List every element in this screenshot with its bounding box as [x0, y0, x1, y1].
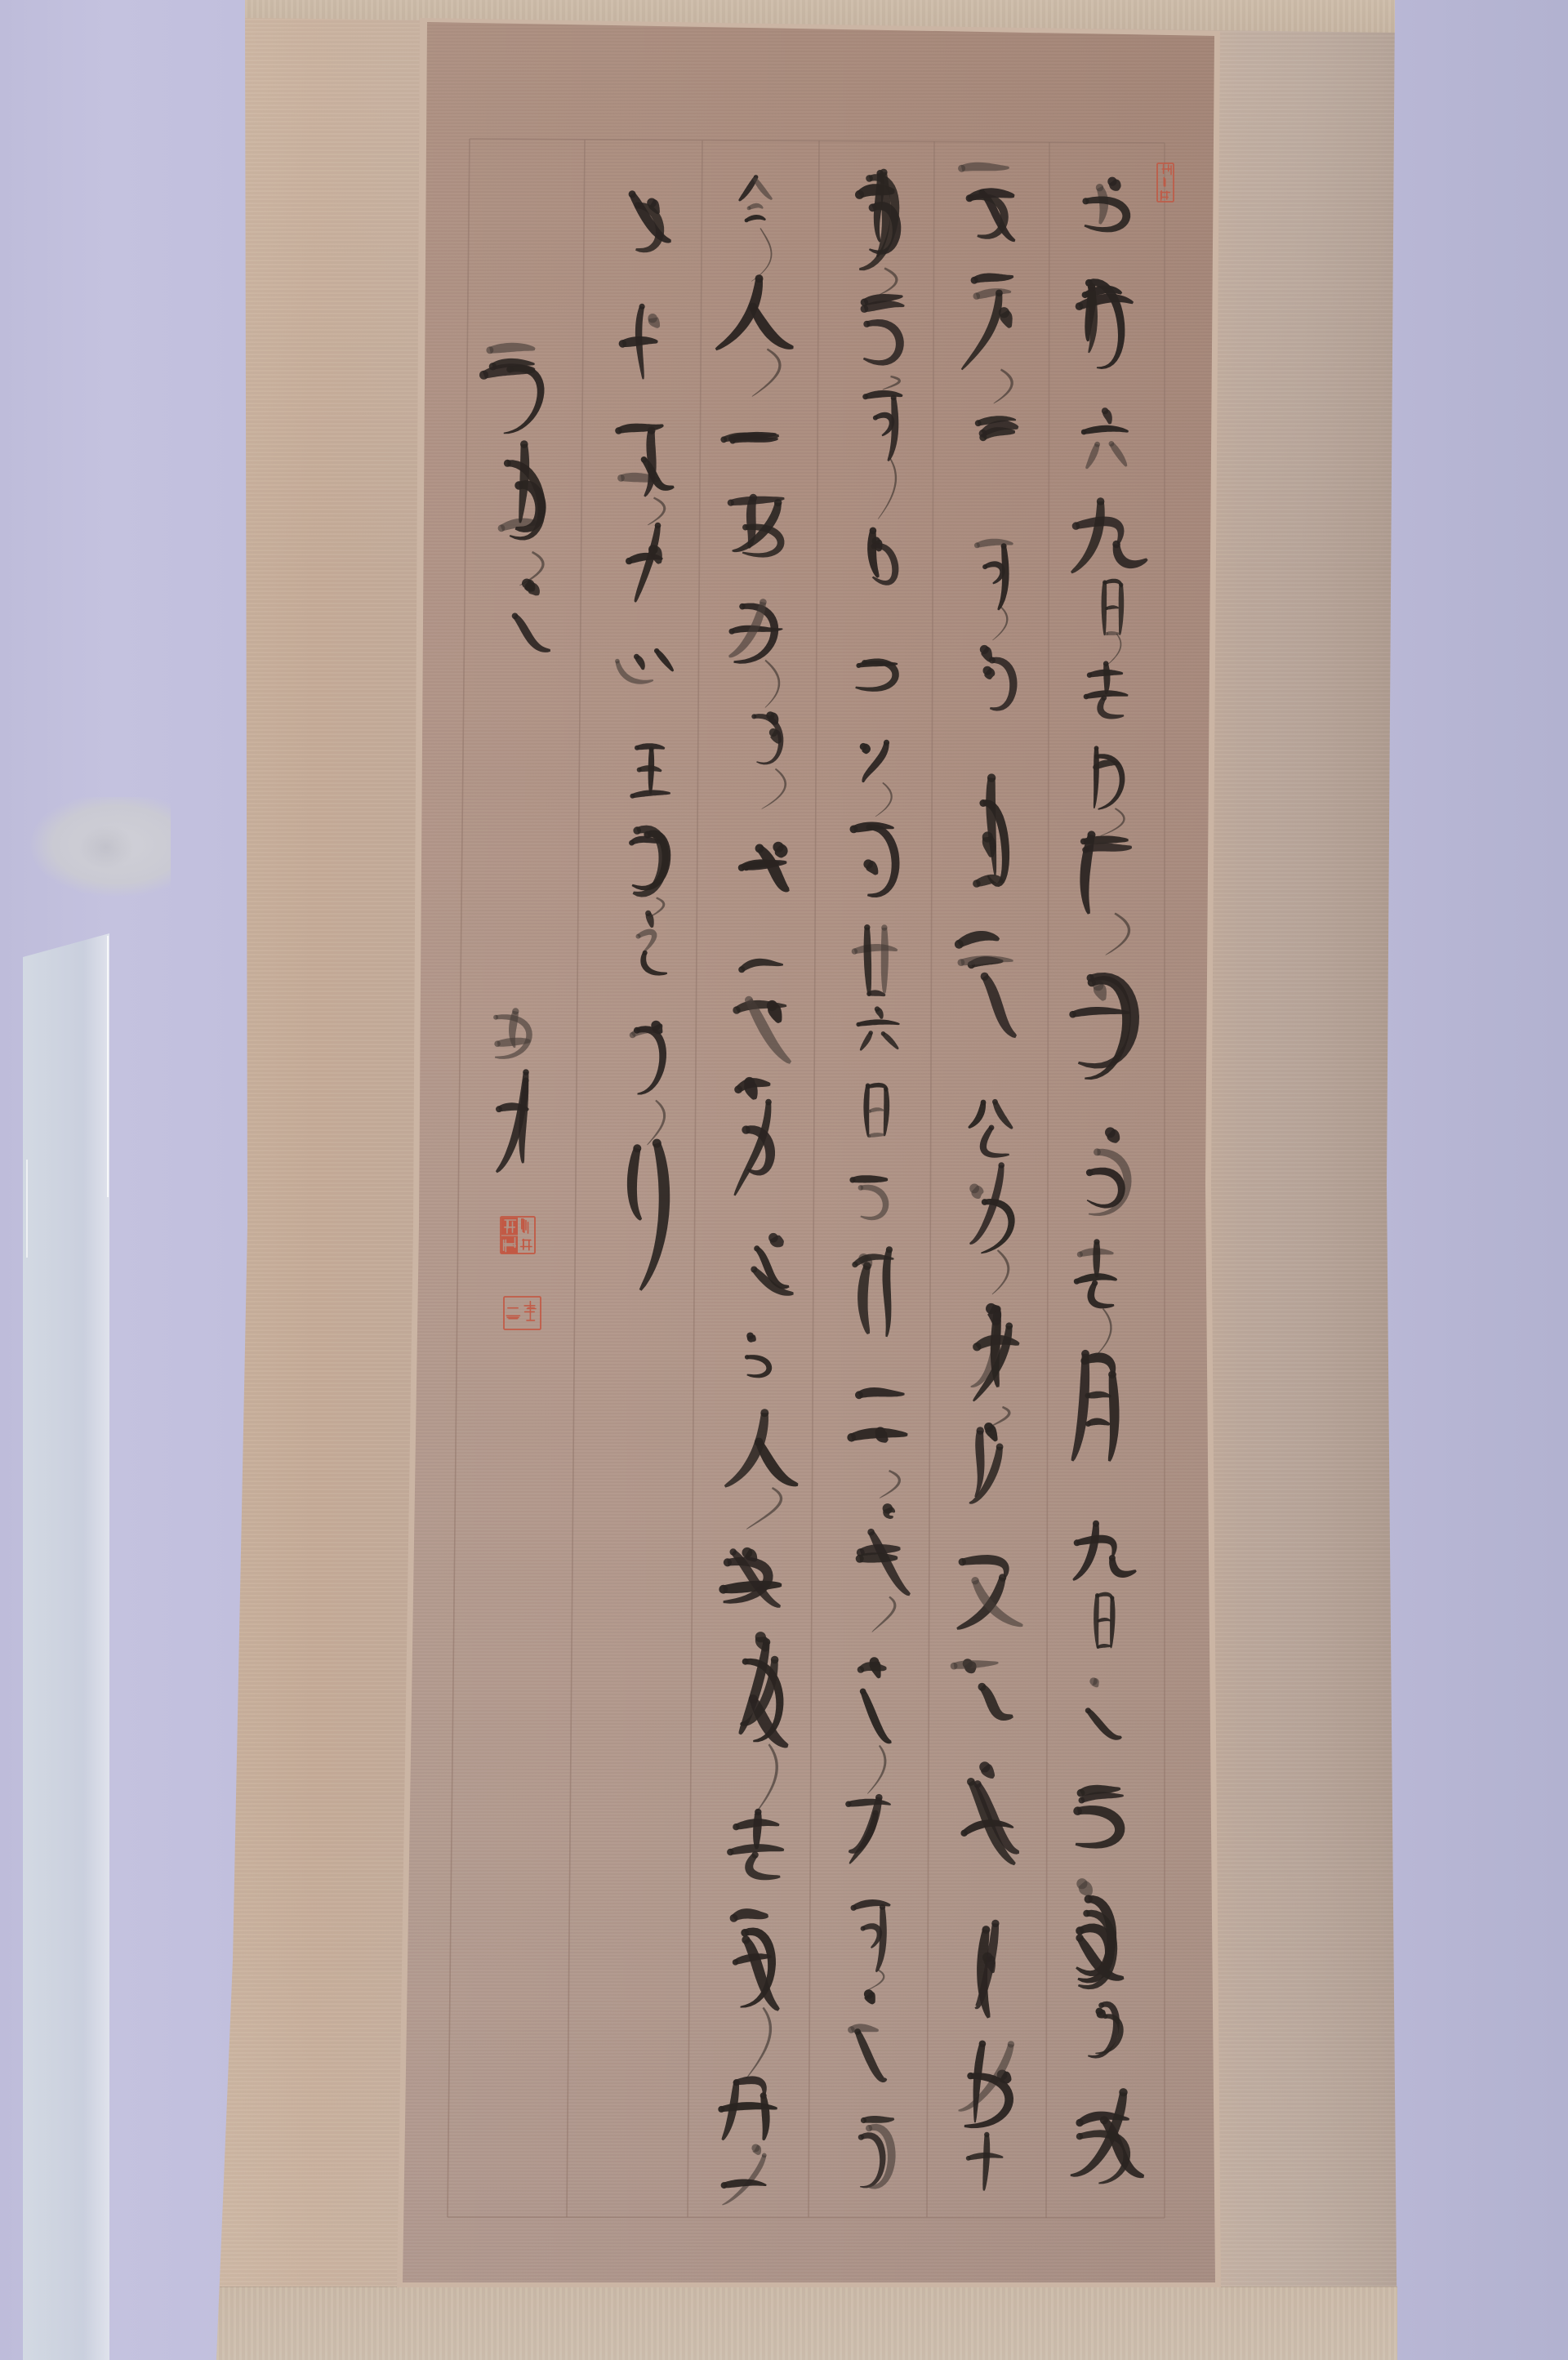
- calligraphy-character: 丹: [718, 2076, 777, 2140]
- calligraphy-character: 深: [845, 1794, 891, 1864]
- scroll-photograph: 得書六九日去見桓萬得去月九日書久當至洛得書六九日去見桓萬得去月九日書久當至洛但運…: [0, 0, 1568, 2360]
- column-3: 得深可憂得仁祖廿六日問疾更篤甚深可憂當得深可憂得仁祖廿六日問疾更篤甚深可憂當: [845, 169, 911, 2189]
- ligature-stroke: [992, 1249, 1010, 1294]
- calligraphy-character: 深: [615, 424, 675, 526]
- calligraphy-character: 短: [719, 1547, 782, 1608]
- artist-courtesy-seal: 得天: [504, 1297, 541, 1329]
- calligraphy-character: 可: [862, 390, 902, 519]
- calligraphy-character: 憂: [626, 523, 663, 603]
- ligature-stroke: [762, 768, 787, 809]
- calligraphy-character: 六: [856, 1006, 899, 1050]
- calligraphy-character: 憂: [848, 1989, 887, 2082]
- calligraphy-character: 書: [1076, 278, 1134, 369]
- calligraphy-character: 物: [720, 432, 779, 444]
- calligraphy-character: 去: [1074, 1239, 1117, 1357]
- ligature-stroke: [746, 1487, 782, 1530]
- calligraphy-character: 如: [959, 2041, 1015, 2129]
- calligraphy-character: 去: [1084, 661, 1129, 719]
- calligraphy-character: 遲: [975, 416, 1019, 441]
- calligraphy-character: 張: [493, 1008, 532, 1059]
- ligature-stroke: [992, 606, 1008, 640]
- calligraphy-character: 得: [1086, 1127, 1132, 1216]
- calligraphy-character: 廢: [960, 1761, 1019, 1865]
- ligature-stroke: [878, 458, 897, 519]
- column-4: 今人物眇然而艱疾若此令人短氣去康丹楊今人物眇然而艱疾若此令人短氣去康丹楊: [715, 175, 799, 2205]
- ligature-stroke: [1101, 808, 1125, 836]
- calligraphy-character: 見: [1093, 746, 1125, 835]
- calligraphy-character: 日: [1094, 1592, 1115, 1649]
- calligraphy-character: 書: [1085, 1677, 1122, 1740]
- calligraphy-character: 委: [971, 1303, 1020, 1428]
- calligraphy-character: 得: [1082, 177, 1130, 233]
- calligraphy-character: 九: [1071, 497, 1148, 573]
- calligraphy-character: 又: [956, 1555, 1022, 1630]
- calligraphy-character: 廿: [852, 924, 898, 996]
- calligraphy-character: 而: [751, 711, 786, 808]
- calligraphy-character: 善: [629, 190, 671, 252]
- calligraphy-character: 疾: [733, 959, 791, 1064]
- grid-column-line: [448, 139, 470, 2217]
- calligraphy-character: 公: [968, 1099, 1013, 1158]
- ligature-stroke: [754, 1743, 778, 1815]
- grid-column-line: [688, 140, 702, 2217]
- calligraphy-character: 臨: [479, 343, 545, 434]
- calligraphy-character: 首: [974, 1920, 999, 2019]
- calligraphy-character: 艱: [738, 842, 790, 893]
- calligraphy-character: 更: [847, 1387, 907, 1498]
- calligraphy-character: 問: [849, 1175, 889, 1220]
- grid-top-line: [470, 139, 1165, 143]
- calligraphy-character: 仁: [860, 740, 893, 817]
- calligraphy-character: 蔡: [955, 931, 1017, 1038]
- calligraphy-character: 但: [958, 163, 1015, 242]
- column-5: 善為深憂心王羲之再拜善為深憂心王羲之再拜: [615, 190, 675, 1291]
- ligature-stroke: [746, 2007, 772, 2079]
- ligature-stroke: [879, 267, 898, 295]
- calligraphy-character: 康: [730, 1908, 780, 2079]
- ligature-stroke: [752, 349, 782, 397]
- ligature-stroke: [867, 1969, 884, 1990]
- calligraphy-character: 可: [974, 539, 1013, 641]
- column-grid-lines: [448, 139, 1165, 2218]
- calligraphy-character: 運: [961, 274, 1014, 404]
- calligraphy-character: 月: [1071, 1350, 1120, 1462]
- signature: 張照張照: [493, 1008, 532, 1173]
- calligraphy-character: 去: [727, 1809, 784, 1880]
- column-1: 得書六九日去見桓萬得去月九日書久當至洛得書六九日去見桓萬得去月九日書久當至洛: [1069, 177, 1147, 2184]
- calligraphy-character: 祖: [850, 822, 900, 898]
- calligraphy-character: 眇: [728, 494, 785, 558]
- calligraphy-character: 為: [619, 304, 660, 380]
- calligraphy-character: 日: [1102, 579, 1125, 668]
- artist-name-seal: 張照之印: [501, 1217, 535, 1253]
- calligraphy-character: 得: [855, 658, 899, 692]
- ligature-stroke: [872, 1596, 897, 1632]
- grid-column-line: [808, 140, 819, 2217]
- ligature-stroke: [880, 1470, 901, 1498]
- calligraphy-character: 當: [1076, 1878, 1124, 1989]
- grid-bottom-line: [448, 2217, 1165, 2218]
- calligraphy-character: 得: [855, 169, 901, 296]
- calligraphy-character: 人: [724, 1409, 799, 1530]
- ligature-stroke: [1094, 1308, 1112, 1357]
- ligature-stroke: [867, 1745, 886, 1794]
- calligraphy-character: 澤: [498, 440, 546, 586]
- ligature-stroke: [1106, 913, 1131, 955]
- grid-column-line: [567, 140, 585, 2217]
- calligraphy-character: 久: [1073, 1785, 1125, 1849]
- calligraphy-character: 桓: [1080, 830, 1132, 955]
- ligature-stroke: [751, 228, 772, 282]
- calligraphy-character: 再: [630, 1021, 666, 1146]
- grid-column-line: [1046, 142, 1049, 2218]
- calligraphy-character: 遂: [969, 1162, 1015, 1294]
- calligraphy-character: 人: [715, 274, 794, 397]
- calligraphy-character: 拜: [627, 1139, 670, 1291]
- calligraphy-character: 氣: [739, 1632, 789, 1815]
- calligraphy-character: 此: [751, 1233, 793, 1296]
- calligraphy-character: 之: [636, 911, 668, 976]
- calligraphy-character: 可: [851, 1899, 891, 1990]
- calligraphy-character: 照: [496, 1069, 529, 1173]
- calligraphy-character: 萬: [1069, 973, 1139, 1080]
- calligraphy-character: 九: [1072, 1521, 1137, 1581]
- column-2: 但運遲可憂乎蔡公遂委篤又加廢首如十但運遲可憂乎蔡公遂委篤又加廢首如十: [951, 163, 1023, 2191]
- ligature-stroke: [875, 782, 893, 817]
- calligraphy-character: 加: [951, 1659, 1013, 1721]
- calligraphy-character: 憂: [867, 528, 898, 586]
- calligraphy-character: 羲: [629, 826, 670, 918]
- ligature-stroke: [764, 660, 780, 708]
- top-right-seal: [1157, 163, 1174, 202]
- ligature-stroke: [994, 369, 1013, 404]
- calligraphy-character: 日: [863, 1083, 889, 1138]
- calligraphy-character: 今: [738, 175, 773, 282]
- ligature-stroke: [647, 1100, 666, 1146]
- calligraphy-character: 楊: [721, 2144, 767, 2206]
- grid-column-line: [927, 141, 934, 2217]
- title-inscription: 臨澤帖臨澤帖: [479, 343, 550, 652]
- calligraphy-character: 心: [615, 648, 674, 684]
- calligraphy-character: 甚: [857, 1657, 892, 1794]
- calligraphy-character: 令: [745, 1333, 772, 1378]
- calligraphy-character: 篤: [969, 1423, 1004, 1504]
- calligraphy-character: 然: [728, 599, 782, 708]
- seal-stamps: 張照之印得天: [501, 163, 1174, 1329]
- calligraphy-character: 當: [858, 2116, 896, 2189]
- calligraphy-character: 篤: [856, 1503, 911, 1632]
- ligature-stroke: [648, 497, 666, 526]
- ligature-stroke: [883, 376, 901, 390]
- calligraphy-character: 王: [630, 743, 670, 799]
- calligraphy-character: 十: [966, 2132, 1004, 2191]
- calligraphy-character: 洛: [1071, 2088, 1144, 2184]
- calligraphy-character: 帖: [512, 579, 550, 652]
- calligraphy-character: 至: [1088, 2002, 1124, 2059]
- calligraphy-character: 六: [1081, 407, 1129, 469]
- calligraphy-character: 若: [733, 1077, 775, 1196]
- calligraphy-character: 憂: [980, 645, 1018, 711]
- calligraphy-character: 乎: [973, 773, 1009, 887]
- ink-layer: 得書六九日去見桓萬得去月九日書久當至洛得書六九日去見桓萬得去月九日書久當至洛但運…: [0, 0, 1568, 2360]
- calligraphy-character: 深: [861, 294, 905, 390]
- calligraphy-character: 疾: [852, 1246, 893, 1337]
